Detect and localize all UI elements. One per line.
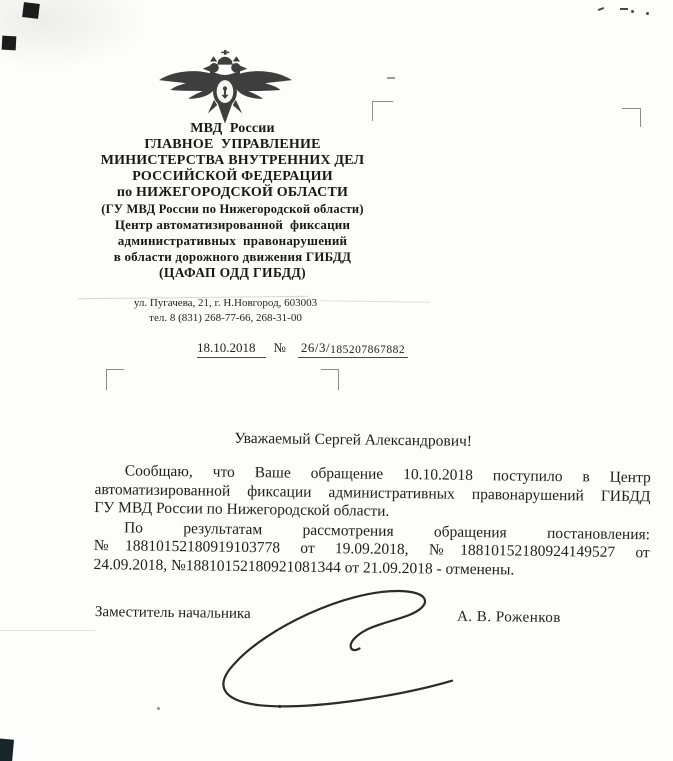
- scanned-letter-page: МВД России ГЛАВНОЕ УПРАВЛЕНИЕ МИНИСТЕРСТ…: [0, 0, 673, 761]
- letter-body: Сообщаю, что Ваше обращение 10.10.2018 п…: [93, 462, 650, 581]
- salutation: Уважаемый Сергей Александрович!: [95, 428, 651, 453]
- handwritten-signature-icon: [202, 573, 469, 721]
- signer-name: А. В. Роженков: [457, 609, 561, 627]
- letter-body-section: Уважаемый Сергей Александрович! Сообщаю,…: [0, 0, 673, 761]
